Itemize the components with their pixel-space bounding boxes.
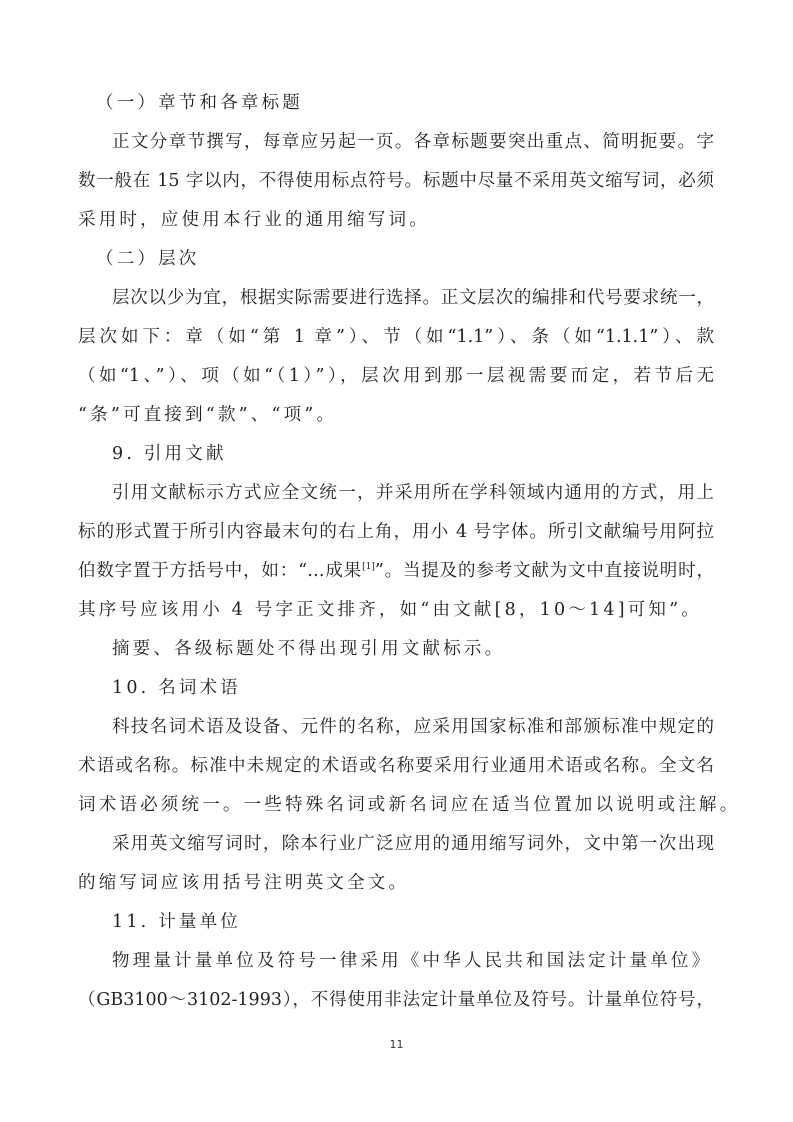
paragraph-line: 的缩写词应该用括号注明英文全文。 xyxy=(78,864,714,903)
paragraph-line: 标的形式置于所引内容最末句的右上角，用小 4 号字体。所引文献编号用阿拉 xyxy=(78,513,714,552)
document-page: （一）章节和各章标题 正文分章节撰写，每章应另起一页。各章标题要突出重点、简明扼… xyxy=(0,0,793,1122)
section-heading-levels: （二）层次 xyxy=(78,240,714,279)
citation-text-before: 伯数字置于方括号中，如：“…成果 xyxy=(78,561,362,581)
paragraph-line: 词术语必须统一。一些特殊名词或新名词应在适当位置加以说明或注解。 xyxy=(78,786,714,825)
paragraph-line: 摘要、各级标题处不得出现引用文献标示。 xyxy=(78,630,714,669)
section-heading-references: 9. 引用文献 xyxy=(78,435,714,474)
paragraph-line: 其序号应该用小 4 号字正文排齐，如“由文献[8，10～14]可知”。 xyxy=(78,591,714,630)
paragraph-line: 科技名词术语及设备、元件的名称，应采用国家标准和部颁标准中规定的 xyxy=(78,708,714,747)
paragraph-line: 数一般在 15 字以内，不得使用标点符号。标题中尽量不采用英文缩写词，必须 xyxy=(78,162,714,201)
citation-superscript: [1] xyxy=(362,562,375,572)
citation-text-after: ”。当提及的参考文献为文中直接说明时， xyxy=(375,561,714,581)
section-heading-chapters: （一）章节和各章标题 xyxy=(78,84,714,123)
paragraph-line: （GB3100～3102-1993），不得使用非法定计量单位及符号。计量单位符号… xyxy=(78,981,714,1020)
paragraph-line: 层次如下：章（如“第 1 章”）、节（如“1.1”）、条（如“1.1.1”）、款 xyxy=(78,318,714,357)
paragraph-line: “条”可直接到“款”、“项”。 xyxy=(78,396,714,435)
citation-example-line: 伯数字置于方括号中，如：“…成果[1]”。当提及的参考文献为文中直接说明时， xyxy=(78,552,714,591)
paragraph-line: 物理量计量单位及符号一律采用《中华人民共和国法定计量单位》 xyxy=(78,942,714,981)
paragraph-line: 层次以少为宜，根据实际需要进行选择。正文层次的编排和代号要求统一， xyxy=(78,279,714,318)
paragraph-line: 采用时，应使用本行业的通用缩写词。 xyxy=(78,201,714,240)
page-body: （一）章节和各章标题 正文分章节撰写，每章应另起一页。各章标题要突出重点、简明扼… xyxy=(78,84,714,1020)
page-number: 11 xyxy=(0,1038,793,1051)
paragraph-line: 采用英文缩写词时，除本行业广泛应用的通用缩写词外，文中第一次出现 xyxy=(78,825,714,864)
section-heading-units: 11. 计量单位 xyxy=(78,903,714,942)
paragraph-line: 引用文献标示方式应全文统一，并采用所在学科领域内通用的方式，用上 xyxy=(78,474,714,513)
section-heading-terminology: 10. 名词术语 xyxy=(78,669,714,708)
paragraph-line: 术语或名称。标准中未规定的术语或名称要采用行业通用术语或名称。全文名 xyxy=(78,747,714,786)
paragraph-line: 正文分章节撰写，每章应另起一页。各章标题要突出重点、简明扼要。字 xyxy=(78,123,714,162)
paragraph-line: （如“1、”）、项（如“（1）”），层次用到那一层视需要而定，若节后无 xyxy=(78,357,714,396)
